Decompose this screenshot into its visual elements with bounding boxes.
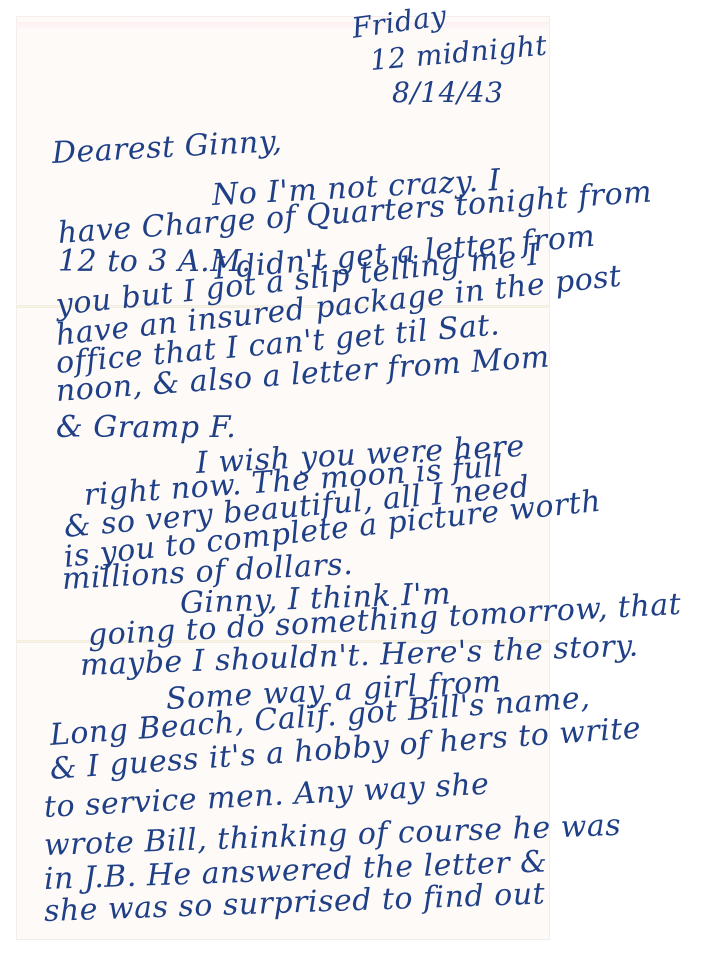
letter-line: & Gramp F. [56,410,236,445]
header-date: 8/14/43 [392,76,503,109]
